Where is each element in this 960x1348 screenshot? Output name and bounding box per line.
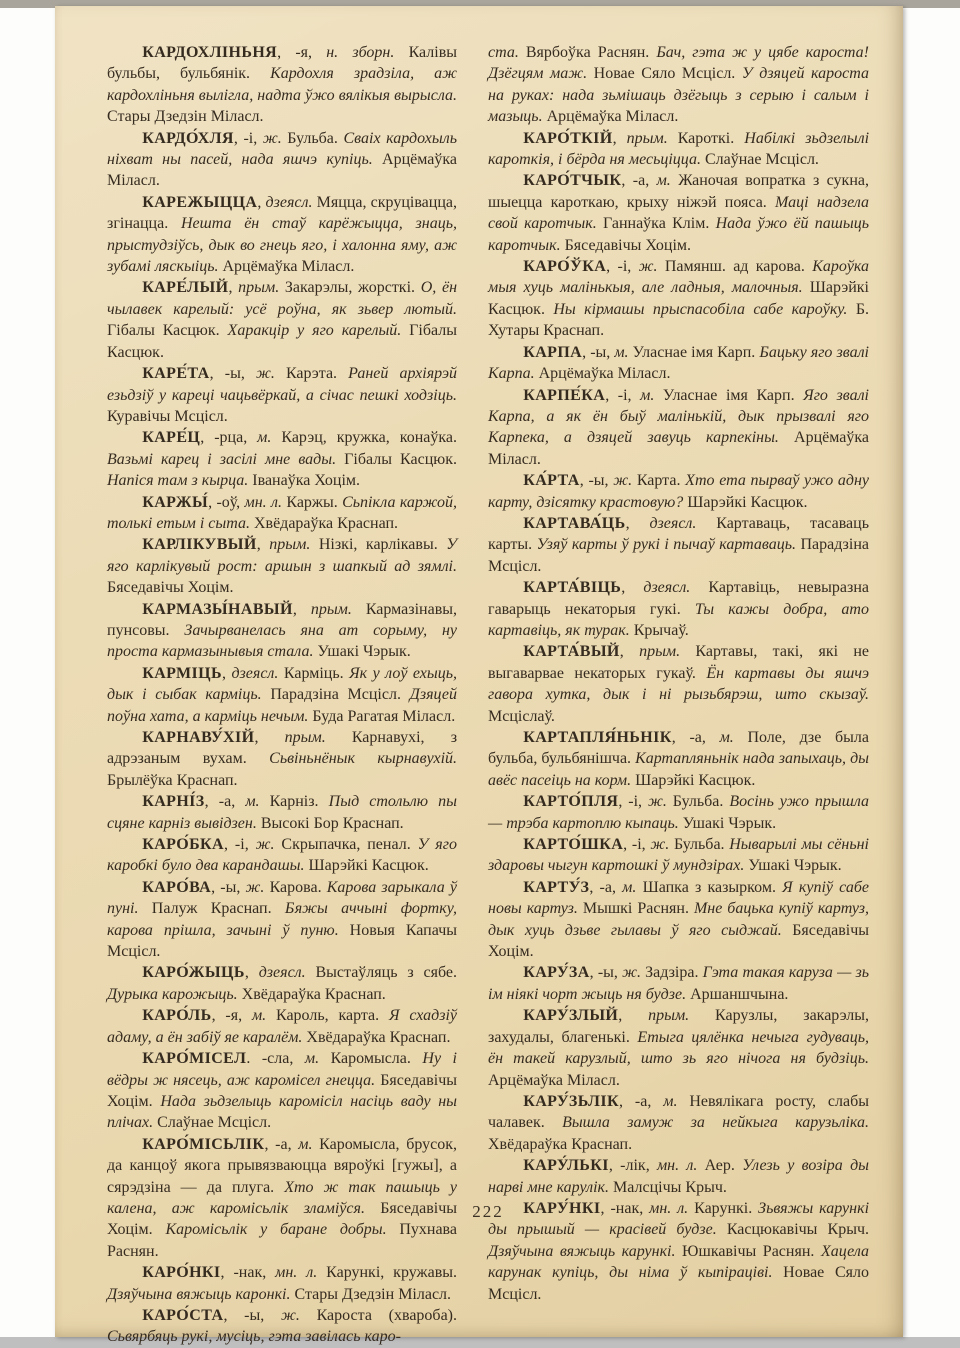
entry-text: , [254,729,284,746]
text-block: КАРДОХЛІНЬНЯ, -я, н. зборн. Калівы бульб… [107,42,869,1348]
italic-text: Сьвіньнёнык кырнавухій. [269,750,457,767]
italic-text: м. [640,387,654,404]
entry-text: , [257,536,270,553]
italic-text: Дзяўчына вяжыць карункі. [488,1243,676,1260]
italic-text: Дурыка карожыць. [107,986,238,1003]
entry-text: Шарэйкі Касцюк. [305,857,429,874]
entry-text: Ушакі Чэрык. [744,857,841,874]
italic-text: мн. л. [245,494,282,511]
dictionary-entry: КАРУ́ЗА, -ы, ж. Задзіра. Гэта такая кару… [488,962,869,1005]
left-column: КАРДОХЛІНЬНЯ, -я, н. зборн. Калівы бульб… [107,42,457,1348]
italic-text: Каромісьлік у баране добры. [165,1221,386,1238]
entry-text: Шарэйкі Касцюк. [683,494,807,511]
entry-text: Буда Рагатая Міласл. [308,708,455,725]
italic-text: мн. л. [275,1264,317,1281]
entry-text: Шапка з казырком. [636,879,782,896]
dictionary-entry: КА́РТА, -ы, ж. Карта. Хто ета пырваў ужо… [488,470,869,513]
headword: КАРЕЖЫЦЦА [142,194,257,211]
entry-text: , [293,601,311,618]
italic-text: дзеясл. [266,194,313,211]
entry-text: Памянш. ад карова. [658,258,813,275]
entry-text: Куравічы Мсцісл. [107,408,228,425]
dictionary-entry: КАРМАЗЫ́НАВЫЙ, прым. Кармазінавы, пунсов… [107,599,457,663]
entry-text: Арцёмаўка Міласл. [219,258,355,275]
italic-text: м. [298,1136,312,1153]
dictionary-entry: КАРО́СТА, -ы, ж. Кароста (хвароба). Сьвя… [107,1305,457,1348]
italic-text: ж. [639,258,658,275]
dictionary-entry: КАРЖЫ́, -оў, мн. л. Каржы. Сьпікла каржо… [107,492,457,535]
entry-text: Кароткі. [668,130,745,147]
italic-text: ста. [488,44,519,61]
headword: КАРО́МІСЕЛ [142,1050,246,1067]
entry-text: . -сла, [246,1050,305,1067]
italic-text: Харакцір у яго карелый. [228,322,402,339]
entry-text: , [621,579,643,596]
headword: КАРЕ́ТА [142,365,209,382]
entry-text: Арцёмаўка Міласл. [535,365,671,382]
entry-text: , [618,1007,648,1024]
entry-text: , [245,964,259,981]
dictionary-entry: КАРО́МІСЕЛ. -сла, м. Каромысла. Ну і вёд… [107,1048,457,1134]
dictionary-entry: КАРТО́ПЛЯ, -і, ж. Бульба. Восінь ужо пры… [488,791,869,834]
italic-text: м. [622,879,636,896]
dictionary-entry: КАРО́ЖЫЦЬ, дзеясл. Выстаўляць з сябе. Ду… [107,962,457,1005]
headword: КАРТО́ПЛЯ [523,793,618,810]
entry-text: , -рца, [200,429,257,446]
entry-text: Вярбоўка Раснян. [519,44,656,61]
entry-text: , -я, [277,44,326,61]
entry-text: , -а, [619,1093,663,1110]
entry-text: Кароста (хвароба). [300,1307,457,1324]
headword: КАРНІ́З [142,793,204,810]
entry-text: Закарэлы, жорсткі. [279,279,421,296]
right-column: ста. Вярбоўка Раснян. Бач, гэта ж у цябе… [488,42,869,1348]
italic-text: ж. [263,130,282,147]
entry-text: Каржы. [282,494,342,511]
headword: КАРНАВУ́ХІЙ [142,729,254,746]
italic-text: м. [663,1093,677,1110]
italic-text: ж. [622,964,641,981]
entry-text: , -ы, [210,365,256,382]
entry-text: Касцюкавічы Крыч. [717,1221,869,1238]
italic-text: прым. [269,536,310,553]
dictionary-entry: КАРО́ЎКА, -і, ж. Памянш. ад карова. Каро… [488,256,869,342]
entry-text: , -ы, [223,1307,281,1324]
entry-text: Нізкі, карлікавы. [310,536,446,553]
headword: КАРЛІКУВЫЙ [142,536,257,553]
entry-text: Брылёўка Краснап. [107,772,238,789]
entry-text: Стары Дзедзін Міласл. [291,1286,452,1303]
italic-text: прым. [639,643,680,660]
italic-text: ж. [650,836,669,853]
italic-text: Напіся там з кырца. [107,472,248,489]
dictionary-entry: КАРО́НКІ, -нак, мн. л. Карункі, кружавы.… [107,1262,457,1305]
italic-text: ж. [281,1307,300,1324]
headword: КАРТО́ШКА [523,836,623,853]
dictionary-entry: КАРЕ́ЛЫЙ, прым. Закарэлы, жорсткі. О, ён… [107,277,457,363]
entry-text: Стары Дзедзін Міласл. [107,108,264,125]
headword: КАРТА́ВЫЙ [523,643,620,660]
italic-text: дзеясл. [643,579,690,596]
entry-text: Арцёмаўка Міласл. [488,1072,620,1089]
italic-text: м. [720,729,734,746]
italic-text: Вышла замуж за нейкыга карузьліка. [562,1114,869,1131]
entry-text: Бульба. [669,836,729,853]
entry-text: Каромысла. [319,1050,422,1067]
entry-text: Ушакі Чэрык. [313,643,410,660]
dictionary-entry: КАРУ́ЗЛЫЙ, прым. Карузлы, закарэлы, заху… [488,1005,869,1091]
headword: КАРЕ́ЛЫЙ [142,279,228,296]
headword: КАРО́ВА [142,879,211,896]
dictionary-entry: КАРНІ́З, -а, м. Карніз. Пыд стольлю пы с… [107,791,457,834]
entry-text: , -ы, [211,879,245,896]
dictionary-entry: КАРТУ́З, -а, м. Шапка з казырком. Я купі… [488,877,869,963]
dictionary-entry: КАРТА́ВЫЙ, прым. Картавы, такі, які не в… [488,641,869,727]
entry-text: Карова. [264,879,326,896]
entry-text: , -і, [234,130,263,147]
entry-text: Хвёдараўка Краснап. [488,1136,632,1153]
entry-text: Хвёдараўка Краснап. [250,515,398,532]
page-number: 222 [107,1202,869,1222]
headword: КАРУ́ЗЛЫЙ [523,1007,618,1024]
entry-text: Скрыпачка, пенал. [275,836,418,853]
entry-text: Ганнаўка Клім. [597,215,716,232]
headword: КАРТАВА́ЦЬ [523,515,625,532]
headword: КАРУ́ЗЬЛІК [523,1093,619,1110]
dictionary-entry: КАРЕ́ТА, -ы, ж. Карэта. Раней архіярэй е… [107,363,457,427]
headword: КАРО́БКА [142,836,224,853]
entry-text: , [626,515,650,532]
dictionary-entry: КАРЕЖЫЦЦА, дзеясл. Мяцца, скруцівацца, з… [107,192,457,278]
dictionary-entry: КАРТАПЛЯ́НЬНІК, -а, м. Поле, дзе была бу… [488,727,869,791]
italic-text: прым. [311,601,352,618]
italic-text: Вазьмі карец і засілі мне вады. [107,451,336,468]
italic-text: м. [257,429,271,446]
dictionary-entry: КАРТАВА́ЦЬ, дзеясл. Картаваць, тасаваць … [488,513,869,577]
headword: КАРО́СТА [142,1307,223,1324]
italic-text: ж. [256,365,275,382]
entry-text: Юшкавічы Раснян. [676,1243,821,1260]
dictionary-entry: КАРЕ́Ц, -рца, м. Карэц, кружка, конаўка.… [107,427,457,491]
dictionary-entry: КАРО́МІСЬЛІК, -а, м. Каромысла, брусок, … [107,1134,457,1262]
entry-text: Гібалы Касцюк. [107,322,228,339]
italic-text: Ны кірмашы прыспасобіла сабе кароўку. [553,301,847,318]
entry-text: , -а, [672,729,720,746]
italic-text: м. [252,1007,266,1024]
italic-text: прым. [285,729,326,746]
entry-text: , [228,279,238,296]
entry-text: , -ы, [582,344,614,361]
entry-text: Крычаў. [630,622,689,639]
entry-text: Задзіра. [641,964,703,981]
italic-text: мн. л. [657,1157,697,1174]
italic-text: м. [614,344,628,361]
entry-text: Арцёмаўка Міласл. [543,108,679,125]
entry-text: Слаўнае Мсцісл. [153,1114,271,1131]
dictionary-entry: КАРУ́ЛЬКІ, -лік, мн. л. Аер. Улезь у воз… [488,1155,869,1198]
entry-text: Іванаўка Хоцім. [248,472,360,489]
italic-text: н. зборн. [326,44,394,61]
headword: КАРО́МІСЬЛІК [142,1136,264,1153]
entry-text: , -а, [621,172,656,189]
entry-text: Бяседавічы Хоцім. [561,237,691,254]
dictionary-entry: КАРО́ТЧЫК, -а, м. Жаночая вопратка з сук… [488,170,869,256]
entry-text: , -я, [212,1007,252,1024]
headword: КАРЖЫ́ [142,494,208,511]
entry-text: , [613,130,627,147]
dictionary-entry: ста. Вярбоўка Раснян. Бач, гэта ж у цябе… [488,42,869,128]
italic-text: м. [657,172,671,189]
entry-text: Высокі Бор Краснап. [257,815,404,832]
dictionary-entry: КАРДОХЛІНЬНЯ, -я, н. зборн. Калівы бульб… [107,42,457,128]
entry-text: Палуж Краснап. [138,900,284,917]
entry-text: , [257,194,265,211]
entry-text: , -а, [264,1136,298,1153]
headword: КАРДОХЛІНЬНЯ [142,44,277,61]
italic-text: ж. [256,836,275,853]
headword: КАРТА́ВІЦЬ [523,579,621,596]
dictionary-entry: КАРО́ЛЬ, -я, м. Кароль, карта. Я схадзіў… [107,1005,457,1048]
headword: КАРО́ЖЫЦЬ [142,964,245,981]
italic-text: м. [245,793,259,810]
headword: КАРПЕ́КА [523,387,605,404]
entry-text: Кароль, карта. [266,1007,389,1024]
dictionary-entry: КАРЛІКУВЫЙ, прым. Нізкі, карлікавы. У яг… [107,534,457,598]
italic-text: Сьвярбяць рукі, мусіць, гэта завілась ка… [107,1328,401,1345]
entry-text: Мсціслаў. [488,708,555,725]
dictionary-entry: КАРТА́ВІЦЬ, дзеясл. Картавіць, невыразна… [488,577,869,641]
italic-text: Узяў карты ў рукі і пычаў картаваць. [537,536,796,553]
headword: КАРМАЗЫ́НАВЫЙ [142,601,293,618]
entry-text: Бульба. [667,793,729,810]
italic-text: ж. [613,472,632,489]
entry-text: Карніз. [260,793,329,810]
entry-text: Мышкі Раснян. [578,900,694,917]
dictionary-entry: КАРПА, -ы, м. Уласнае імя Карп. Бацьку я… [488,342,869,385]
headword: КАРО́ЎКА [523,258,606,275]
entry-text: , -оў, [208,494,244,511]
headword: КАРУ́ЗА [523,964,589,981]
italic-text: м. [305,1050,319,1067]
entry-text: Малсцічы Крыч. [609,1179,727,1196]
headword: КАРО́ЛЬ [142,1007,211,1024]
headword: КАРЕ́Ц [142,429,200,446]
entry-text: , -а, [205,793,246,810]
dictionary-entry: КАРО́ВА, -ы, ж. Карова. Карова зарыкала … [107,877,457,963]
italic-text: ж. [246,879,265,896]
headword: КАРТУ́З [523,879,589,896]
dictionary-page: КАРДОХЛІНЬНЯ, -я, н. зборн. Калівы бульб… [55,6,903,1337]
entry-text: Уласнае імя Карп. [629,344,760,361]
entry-text: Аршаншчына. [686,986,788,1003]
dictionary-entry: КАРНАВУ́ХІЙ, прым. Карнавухі, з адрэзаны… [107,727,457,791]
entry-text: , -лік, [609,1157,657,1174]
italic-text: прым. [238,279,279,296]
dictionary-entry: КАРУ́ЗЬЛІК, -а, м. Невялікага росту, сла… [488,1091,869,1155]
headword: КАРУ́ЛЬКІ [523,1157,609,1174]
entry-text: Слаўнае Мсцісл. [701,151,819,168]
dictionary-entry: КАРДО́ХЛЯ, -і, ж. Бульба. Сваіх кардохыл… [107,128,457,192]
entry-text: , -і, [605,387,640,404]
entry-text: , [620,643,639,660]
entry-text: Бульба. [282,130,344,147]
entry-text: , -і, [224,836,256,853]
italic-text: дзеясл. [259,964,306,981]
headword: КАРО́НКІ [142,1264,220,1281]
dictionary-entry: КАРО́ТКІЙ, прым. Кароткі. Набілкі зьдзел… [488,128,869,171]
entry-text: , -і, [606,258,638,275]
entry-text: Уласнае імя Карп. [654,387,803,404]
entry-text: , -і, [618,793,648,810]
entry-text: Парадзіна Мсцісл. [262,686,410,703]
entry-text: Карта. [632,472,685,489]
entry-text: Хвёдараўка Краснап. [238,986,386,1003]
headword: КАРО́ТЧЫК [523,172,621,189]
italic-text: ж. [648,793,667,810]
headword: КА́РТА [523,472,580,489]
entry-text: Карэта. [275,365,348,382]
entry-text: , -нак, [221,1264,276,1281]
entry-text: Карункі, кружавы. [317,1264,457,1281]
dictionary-entry: КАРО́БКА, -і, ж. Скрыпачка, пенал. У яго… [107,834,457,877]
italic-text: дзеясл. [649,515,696,532]
entry-text: , -ы, [590,964,622,981]
entry-text: Новае Сяло Мсцісл. [587,65,742,82]
entry-text: , -а, [589,879,622,896]
entry-text: Хвёдараўка Краснап. [302,1029,450,1046]
entry-text: , -і, [623,836,650,853]
dictionary-entry: КАРПЕ́КА, -і, м. Уласнае імя Карп. Яго з… [488,385,869,471]
italic-text: дзеясл. [231,665,278,682]
headword: КАРО́ТКІЙ [523,130,612,147]
entry-text: Бяседавічы Хоцім. [107,579,233,596]
italic-text: Дзяўчына вяжыць каронкі. [107,1286,291,1303]
entry-text: Шарэйкі Касцюк. [631,772,755,789]
headword: КАРТАПЛЯ́НЬНІК [523,729,672,746]
headword: КАРДО́ХЛЯ [142,130,234,147]
headword: КАРМІЦЬ [142,665,222,682]
dictionary-entry: КАРТО́ШКА, -і, ж. Бульба. Ныварылі мы сё… [488,834,869,877]
entry-text: , -ы, [580,472,613,489]
entry-text: Выстаўляць з сябе. [306,964,457,981]
italic-text: прым. [627,130,668,147]
entry-text: Ушакі Чэрык. [679,815,776,832]
entry-text: Гібалы Касцюк. [336,451,457,468]
headword: КАРПА [523,344,582,361]
entry-text: Аер. [697,1157,742,1174]
entry-text: Карэц, кружка, конаўка. [271,429,457,446]
italic-text: прым. [648,1007,689,1024]
dictionary-entry: КАРМІЦЬ, дзеясл. Карміць. Як у лоў ехыць… [107,663,457,727]
entry-text: Карміць. [278,665,349,682]
